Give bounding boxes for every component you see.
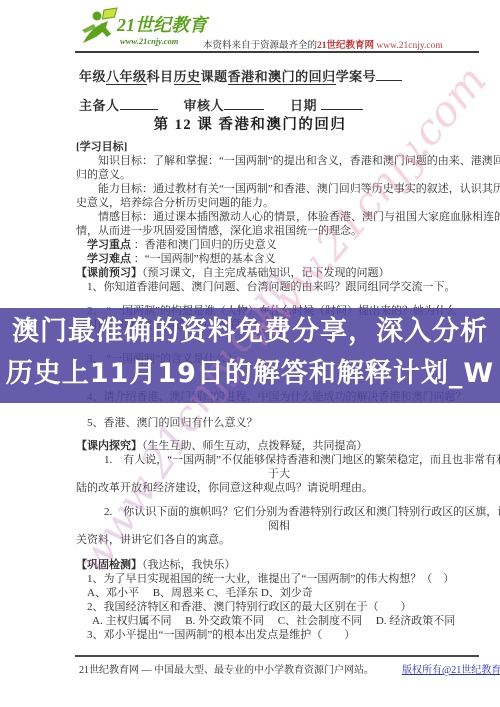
meta-row-1: 年级八年级科目历史课题 香港和澳门的回归 学案号: [79, 66, 402, 82]
doc-line: 情感目标：通过课本插图激动人心的情景，体验香港、澳门与祖国大家庭血脉相连的深: [76, 210, 482, 224]
doc-line: 1、为了早日实现祖国的统一大业，谁提出了“一国两制”的伟大构想？（ ）: [76, 572, 482, 586]
logo-brand-text: 21世纪教育: [116, 15, 210, 35]
doc-line-text: 3、邓小平提出“一国两制”的根本出发点是维护（ ）: [87, 629, 355, 641]
meta-row-2: 主备人审核人日期: [79, 95, 402, 111]
meta-field: 审核人: [184, 98, 265, 113]
doc-line-text: A、邓小平 B、周恩来 C、毛泽东 D、刘少奇: [87, 587, 313, 599]
site-logo: 21世纪教育 www.21cnjy.com: [80, 7, 210, 51]
doc-line: A、邓小平 B、周恩来 C、毛泽东 D、刘少奇: [76, 586, 482, 600]
doc-line: 学习重点 ：香港和澳门回归的历史意义: [76, 238, 482, 252]
doc-line: 史意义，培养综合分析历史问题的能力。: [76, 196, 482, 210]
meta-label: 课题: [201, 69, 228, 84]
overlay-line-2: 历史上11月19日的解答和解释计划_W: [0, 351, 500, 393]
doc-line: 学习难点 ：“一国两制”构想的基本含义: [76, 252, 482, 266]
logo-site-url: www.21cnjy.com: [120, 36, 179, 46]
meta-field: 日期: [290, 98, 363, 113]
meta-value: 历史: [174, 69, 201, 85]
doc-line-text: 关资料，讲讲它们各自的寓意。: [76, 534, 230, 546]
doc-line-text: 情感目标：通过课本插图激动人心的情景，体验香港、澳门与祖国大家庭血脉相连的深: [98, 211, 500, 223]
overlay-line-1: 澳门最准确的资料免费分享，深入分析: [0, 309, 500, 351]
doc-line-text: ：香港和澳门回归的历史意义: [131, 239, 277, 251]
meta-label: 年级: [79, 69, 106, 84]
meta-field: 科目历史: [147, 69, 201, 84]
doc-line: 2、我国经济特区和香港、澳门特别行政区的最大区别在于（ ）: [76, 600, 482, 614]
doc-line-heading: [学习目标]: [76, 141, 127, 153]
doc-line-heading: 【课前预习】: [76, 267, 142, 279]
tagline-brand: 21世纪教育网: [317, 41, 374, 51]
doc-line: 【课内探究】（生生互助、师生互动，点拨释疑，共同提高）: [76, 439, 482, 453]
meta-label: 学案号: [336, 69, 377, 84]
doc-line-heading: 【课内探究】: [76, 440, 142, 452]
meta-field: 年级八年级: [79, 69, 147, 84]
doc-line: 情，从而进一步巩固爱国情感，深化追求祖国统一的理念。: [76, 224, 482, 238]
header-divider: [75, 51, 479, 53]
doc-line: 陆的改革开放和经济建设，你同意这种观点吗？请说明理由。: [76, 481, 482, 495]
doc-line: 阅相: [76, 519, 482, 533]
doc-line-text: ：“一国两制”构想的基本含义: [131, 253, 276, 265]
doc-line-text: 归的意义。: [76, 169, 131, 181]
meta-value: 八年级: [106, 69, 147, 85]
doc-line-text: 知识目标：了解和掌握：“一国两制”的提出和含义，香港和澳门问题的由来、港澳回: [98, 155, 500, 167]
doc-line-text: 2. 你认识下面的旗帜吗？它们分别为香港特别行政区和澳门特别行政区的区旗，请查: [104, 506, 500, 518]
doc-line-text: 1、为了早日实现祖国的统一大业，谁提出了“一国两制”的伟大构想？（ ）: [87, 573, 454, 585]
flag-icon: [103, 8, 118, 19]
footer-copyright-link[interactable]: 版权所有@21世纪教育网: [402, 665, 500, 676]
doc-line-heading: 学习重点: [87, 239, 131, 251]
doc-line-text: （预习课文，自主完成基础知识，记下发现的问题）: [142, 267, 390, 279]
tagline-prefix: 本资料来自于资源最齐全的: [203, 41, 317, 51]
worksheet-page: 21世纪教育 www.21cnjy.com 本资料来自于资源最齐全的21世纪教育…: [0, 0, 500, 707]
doc-line: 2. 你认识下面的旗帜吗？它们分别为香港特别行政区和澳门特别行政区的区旗，请查: [76, 505, 482, 519]
doc-line-text: 情，从而进一步巩固爱国情感，深化追求祖国统一的理念。: [76, 225, 362, 237]
meta-label: 主备人: [79, 98, 120, 113]
meta-label: 科目: [147, 69, 174, 84]
doc-line: 3、邓小平提出“一国两制”的根本出发点是维护（ ）: [76, 628, 482, 642]
doc-line: 5、香港、澳门的回归有什么意义？: [76, 416, 482, 430]
doc-line: 于大: [76, 467, 482, 481]
footer-text: 21世纪教育网 — 中国最大型、最专业的中小学教育资源门户网站。: [79, 665, 374, 676]
doc-line-text: 阅相: [268, 520, 290, 532]
meta-value: 香港和澳门的回归: [228, 69, 336, 85]
lesson-meta: 年级八年级科目历史课题 香港和澳门的回归 学案号 主备人审核人日期: [79, 66, 402, 111]
doc-line: 【课前预习】（预习课文，自主完成基础知识，记下发现的问题）: [76, 266, 482, 280]
doc-line-text: 5、香港、澳门的回归有什么意义？: [87, 417, 258, 429]
doc-line: 1、你知道香港问题、澳门问题、台湾问题的由来吗？跟同组同学交流一下。: [76, 280, 482, 294]
doc-line: [学习目标]: [76, 140, 482, 154]
doc-line: 【巩固检测】（我达标，我快乐）: [76, 558, 482, 572]
doc-line-text: 1、你知道香港问题、澳门问题、台湾问题的由来吗？跟同组同学交流一下。: [87, 281, 456, 293]
meta-value: [321, 109, 363, 110]
doc-line: 关资料，讲讲它们各自的寓意。: [76, 533, 482, 547]
doc-line: 归的意义。: [76, 168, 482, 182]
doc-line-text: 2、我国经济特区和香港、澳门特别行政区的最大区别在于（ ）: [87, 601, 412, 613]
doc-line: 能力目标：通过教材有关“一国两制”和香港、澳门回归等历史事实的叙述，认识其历: [76, 182, 482, 196]
overlay-text: 澳门最准确的资料免费分享，深入分析 历史上11月19日的解答和解释计划_W: [0, 309, 500, 393]
doc-line-text: A. 主权归属不同 B. 外交政策不同 C、社会制度不同 D. 经济政策不同: [92, 615, 455, 627]
doc-line-heading: 学习难点: [87, 253, 131, 265]
doc-line-text: 能力目标：通过教材有关“一国两制”和香港、澳门回归等历史事实的叙述，认识其历: [98, 183, 500, 195]
doc-line-text: （我达标，我快乐）: [142, 559, 236, 571]
doc-line-text: 1. 有人说，“一国两制”不仅能够保持香港和澳门地区的繁荣稳定，而且也非常有利: [104, 454, 500, 466]
doc-line-text: 陆的改革开放和经济建设，你同意这种观点吗？请说明理由。: [76, 482, 373, 494]
meta-label: 审核人: [184, 98, 225, 113]
doc-line: 1. 有人说，“一国两制”不仅能够保持香港和澳门地区的繁荣稳定，而且也非常有利: [76, 453, 482, 467]
meta-field: 主备人: [79, 98, 158, 113]
header-tagline: 本资料来自于资源最齐全的21世纪教育网 www.21cnjy.com: [203, 37, 443, 51]
doc-line-heading: 【巩固检测】: [76, 559, 142, 571]
meta-value: [376, 80, 402, 81]
footer: 21世纪教育网 — 中国最大型、最专业的中小学教育资源门户网站。版权所有@21世…: [79, 661, 500, 676]
doc-line-text: （生生互助、师生互动，点拨释疑，共同提高）: [142, 440, 368, 452]
doc-line-text: 于大: [268, 468, 290, 480]
meta-field: 学案号: [336, 69, 403, 84]
doc-line-text: 史意义，培养综合分析历史问题的能力。: [76, 197, 274, 209]
lesson-title: 第 12 课 香港和澳门的回归: [0, 113, 500, 134]
meta-label: 日期: [290, 98, 321, 113]
meta-value: [120, 109, 158, 110]
doc-line: 知识目标：了解和掌握：“一国两制”的提出和含义，香港和澳门问题的由来、港澳回: [76, 154, 482, 168]
meta-field: 课题 香港和澳门的回归: [201, 69, 336, 84]
tagline-url: www.21cnjy.com: [374, 41, 443, 51]
footer-divider: [75, 655, 479, 657]
meta-value: [224, 109, 264, 110]
doc-line: A. 主权归属不同 B. 外交政策不同 C、社会制度不同 D. 经济政策不同: [76, 614, 482, 628]
